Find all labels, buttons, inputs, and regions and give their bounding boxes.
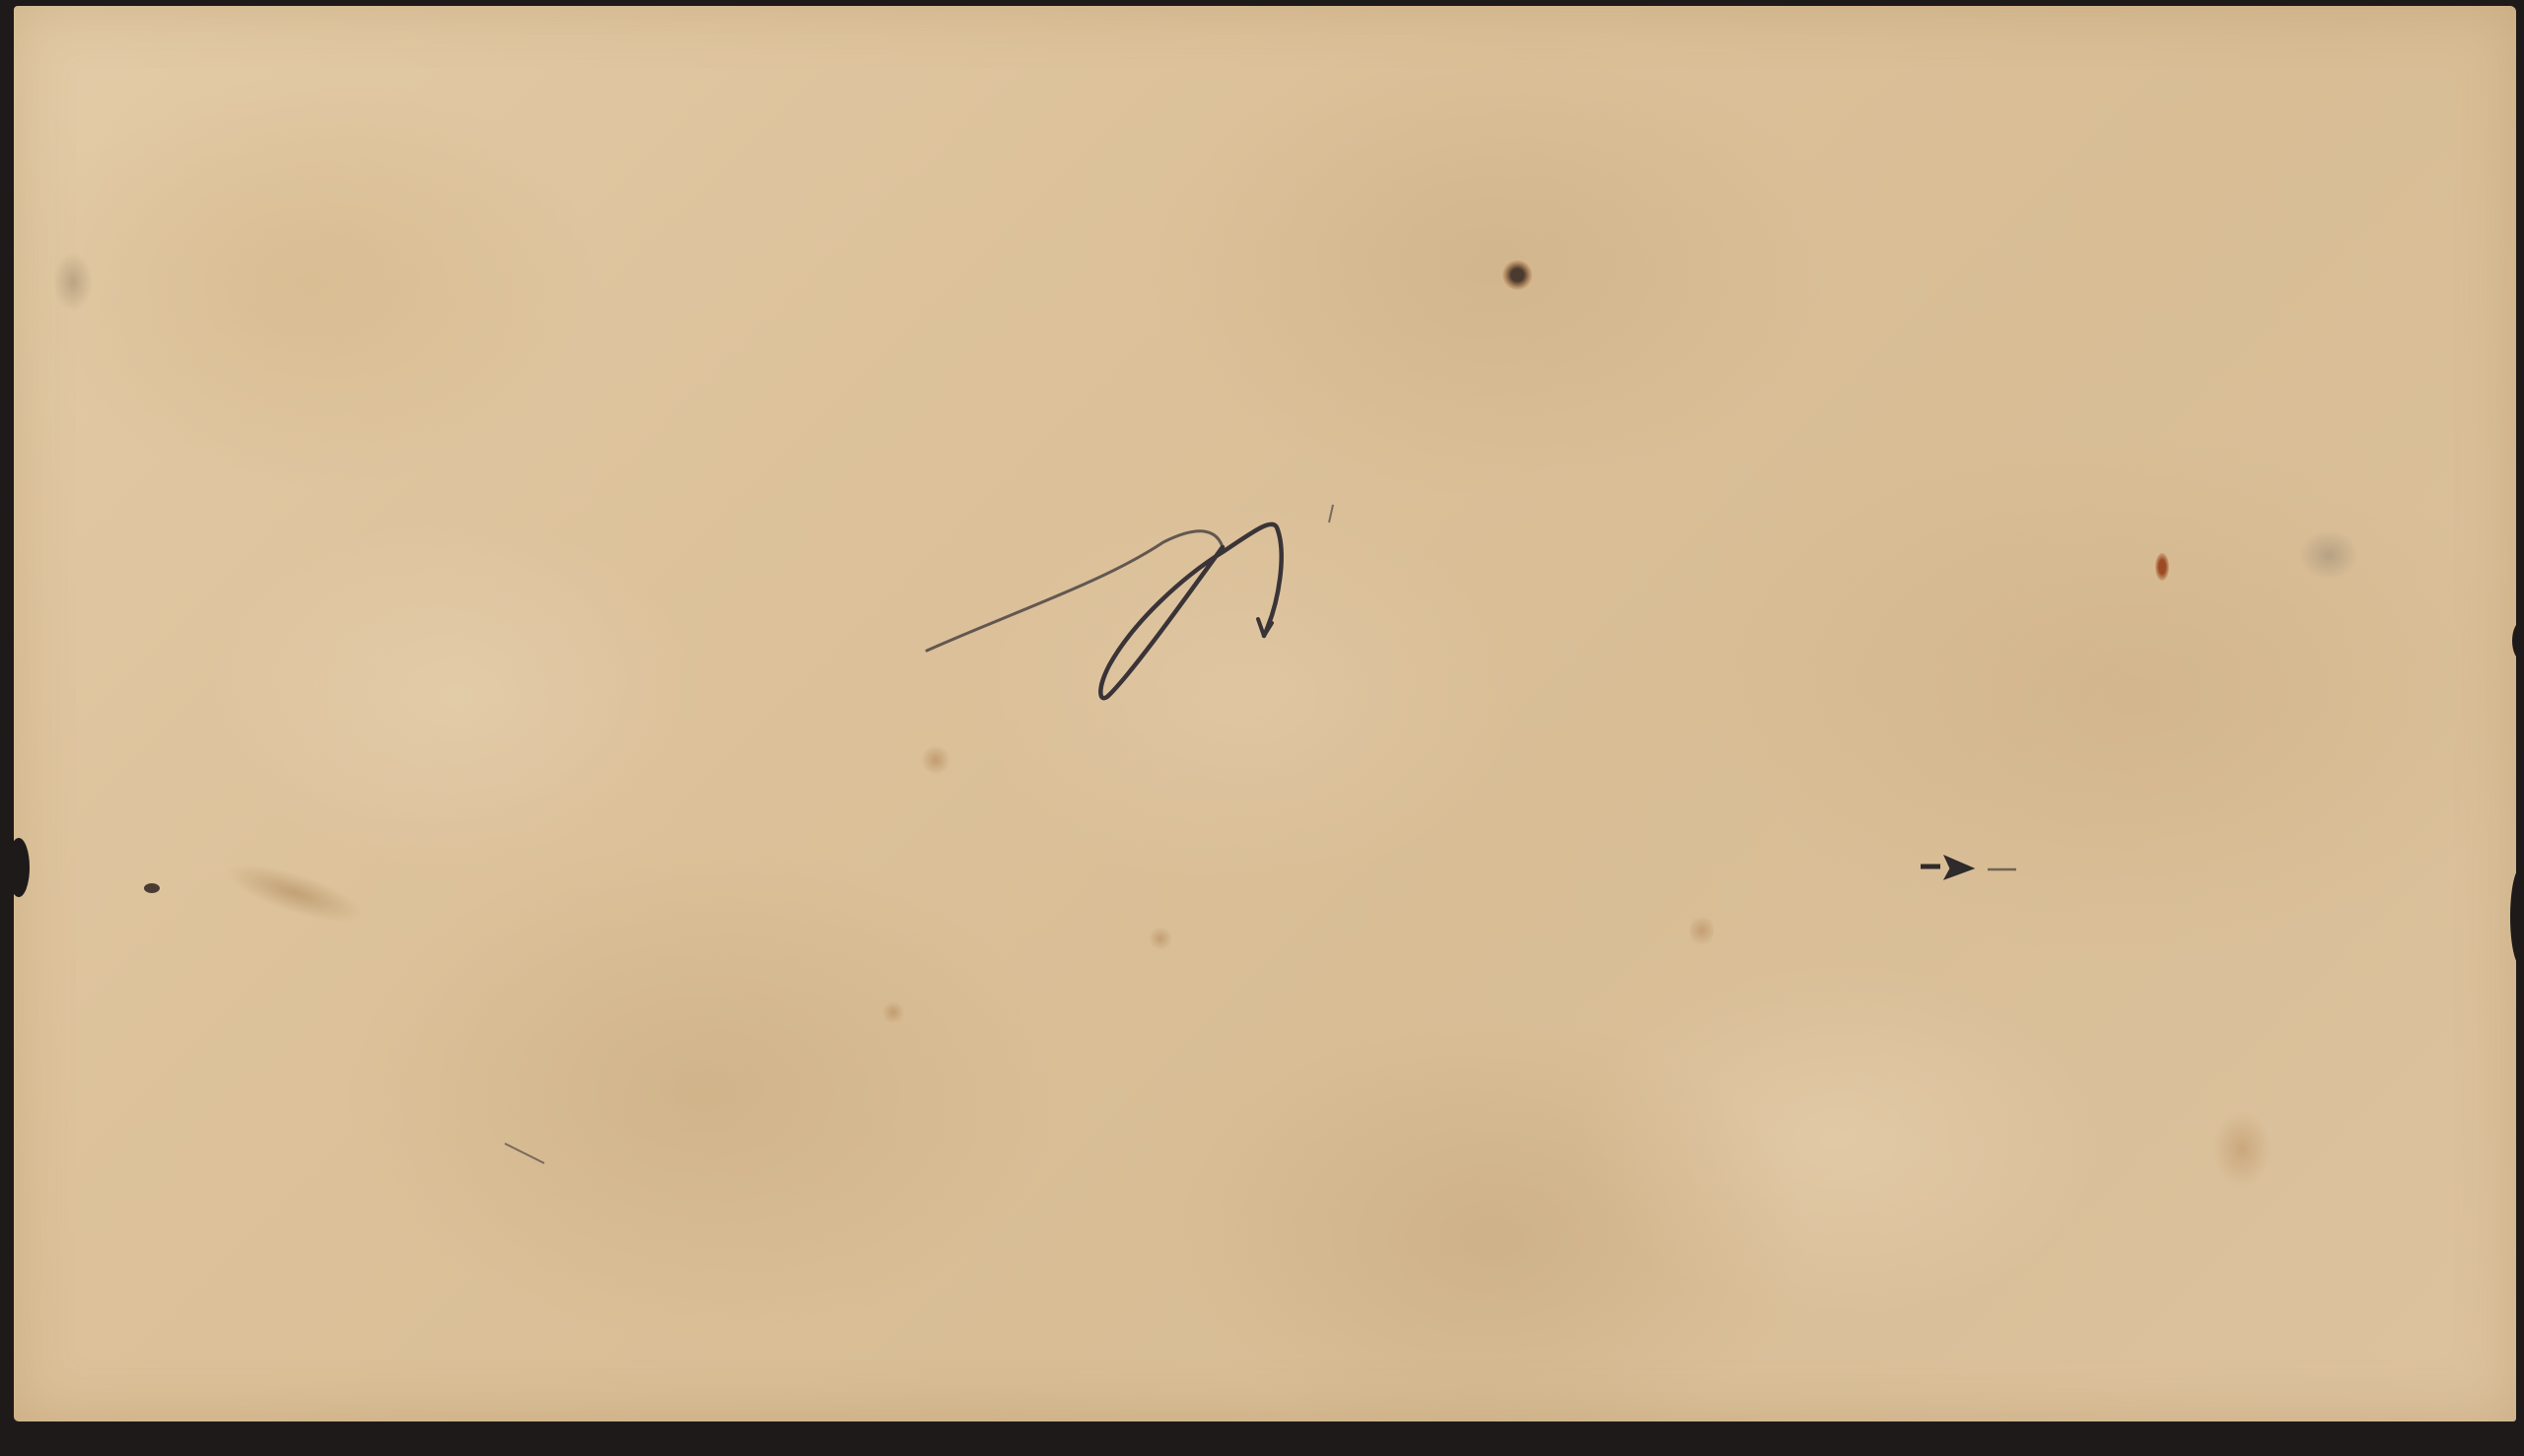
foxing-stain — [921, 745, 950, 775]
gray-spot — [2299, 530, 2358, 580]
rust-spot — [2155, 553, 2169, 581]
foxing-stain — [2212, 1110, 2272, 1189]
foxing-stain — [1148, 928, 1173, 949]
torn-edge-notch — [8, 838, 30, 897]
foxing-stain — [1503, 260, 1532, 290]
photo-scene: Blank, foxed, cream-tan paper on a dark … — [0, 0, 2524, 1456]
foxing-stain — [1690, 913, 1714, 948]
aged-paper-sheet — [14, 6, 2516, 1421]
dark-speck — [144, 883, 160, 893]
brown-streak — [218, 852, 371, 935]
foxing-stain — [881, 1002, 905, 1023]
foxing-stain — [53, 252, 93, 312]
